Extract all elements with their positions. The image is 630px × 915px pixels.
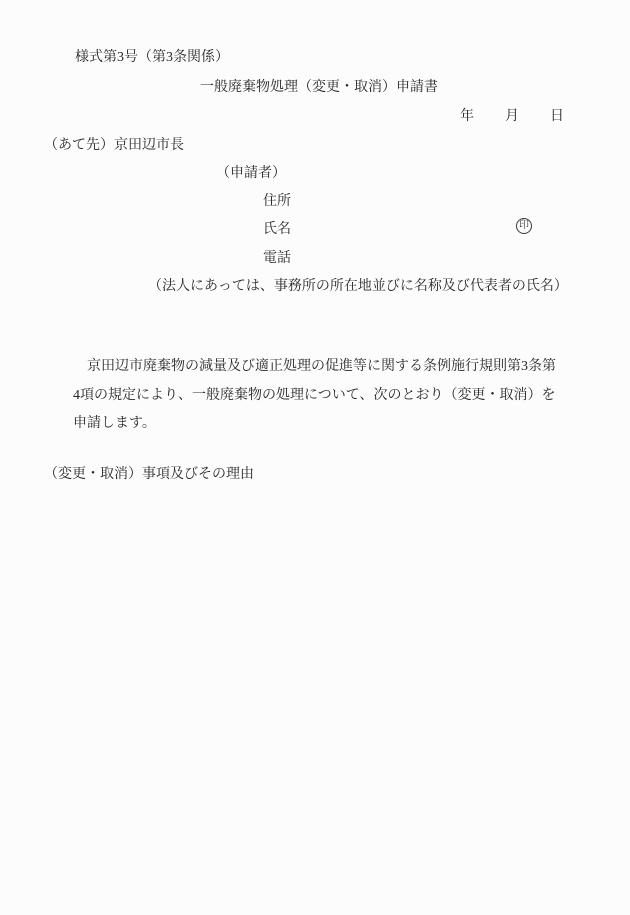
applicant-label: （申請者） bbox=[216, 165, 286, 183]
application-form-page: 様式第3号（第3条関係） 一般廃棄物処理（変更・取消）申請書 年 月 日 （あて… bbox=[0, 0, 630, 915]
date-day-label: 日 bbox=[550, 108, 564, 126]
body-paragraph-line-1: 京田辺市廃棄物の減量及び適正処理の促進等に関する条例施行規則第3条第 bbox=[73, 358, 556, 376]
seal-icon: 印 bbox=[516, 218, 532, 234]
body-paragraph-line-3: 申請します。 bbox=[73, 415, 156, 433]
phone-field-label: 電話 bbox=[263, 250, 291, 268]
form-number: 様式第3号（第3条関係） bbox=[75, 49, 229, 67]
seal-character: 印 bbox=[519, 221, 529, 231]
date-year-label: 年 bbox=[460, 108, 474, 126]
date-month-label: 月 bbox=[505, 108, 519, 126]
section-heading: （変更・取消）事項及びその理由 bbox=[44, 466, 254, 484]
addressee-line: （あて先）京田辺市長 bbox=[44, 137, 184, 155]
address-field-label: 住所 bbox=[263, 193, 291, 211]
name-field-label: 氏名 bbox=[263, 221, 291, 239]
document-title: 一般廃棄物処理（変更・取消）申請書 bbox=[200, 79, 438, 97]
body-paragraph-line-2: 4項の規定により、一般廃棄物の処理について、次のとおり（変更・取消）を bbox=[73, 387, 555, 405]
corporate-note: （法人にあっては、事務所の所在地並びに名称及び代表者の氏名） bbox=[148, 278, 568, 296]
